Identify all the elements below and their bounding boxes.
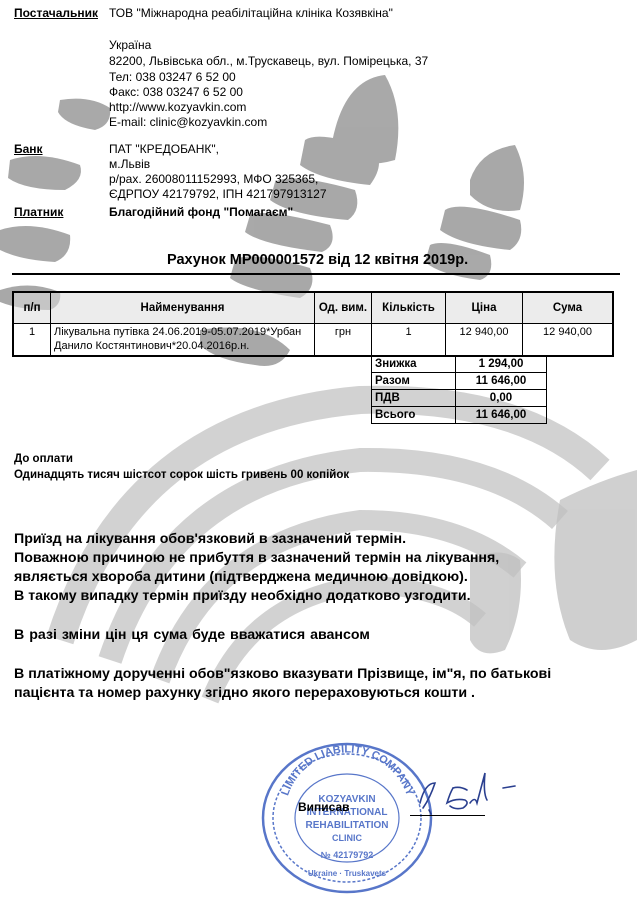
supplier-website[interactable]: http://www.kozyavkin.com — [109, 99, 246, 115]
table-header-row: п/п Найменування Од. вим. Кількість Ціна… — [13, 292, 613, 324]
supplier-name: ТОВ "Міжнародна реабілітаційна клініка К… — [109, 5, 393, 21]
payer-label: Платник — [14, 205, 63, 219]
title-underline — [12, 273, 620, 275]
vat-label: ПДВ — [372, 390, 456, 407]
payer-name: Благодійний фонд "Помагаєм" — [109, 204, 293, 220]
col-header-num: п/п — [13, 292, 51, 324]
col-header-price: Ціна — [446, 292, 523, 324]
totals-row-total: Всього 11 646,00 — [372, 407, 547, 424]
supplier-phone: Тел: 038 03247 6 52 00 — [109, 69, 236, 85]
invoice-title: Рахунок МР000001572 від 12 квітня 2019р. — [167, 252, 468, 268]
payment-amount-words: Одинадцять тисяч шістсот сорок шість гри… — [14, 469, 349, 481]
signature-label: Виписав — [298, 800, 350, 814]
note-arrival-1: Приїзд на лікування обов'язковий в зазна… — [14, 529, 406, 549]
supplier-country: Україна — [109, 37, 151, 53]
col-header-name: Найменування — [51, 292, 315, 324]
discount-value: 1 294,00 — [456, 356, 547, 373]
totals-table: Знижка 1 294,00 Разом 11 646,00 ПДВ 0,00… — [371, 355, 547, 424]
cell-num: 1 — [13, 324, 51, 357]
cell-unit: грн — [315, 324, 372, 357]
cell-name-line-2: Данило Костянтинович*20.04.2016р.н. — [54, 339, 311, 353]
discount-label: Знижка — [372, 356, 456, 373]
note-price-change: В разі зміни цін ця сума буде вважатися … — [14, 625, 370, 645]
bank-line-1: ПАТ "КРЕДОБАНК", — [109, 141, 219, 157]
totals-row-vat: ПДВ 0,00 — [372, 390, 547, 407]
cell-qty: 1 — [372, 324, 446, 357]
cell-price: 12 940,00 — [446, 324, 523, 357]
svg-text:CLINIC: CLINIC — [332, 833, 362, 843]
col-header-qty: Кількість — [372, 292, 446, 324]
bank-line-3: р/рах. 26008011152993, МФО 325365, — [109, 171, 318, 187]
supplier-address: 82200, Львівська обл., м.Трускавець, вул… — [109, 53, 428, 69]
subtotal-value: 11 646,00 — [456, 373, 547, 390]
totals-row-discount: Знижка 1 294,00 — [372, 356, 547, 373]
cell-name-line-1: Лікувальна путівка 24.06.2019-05.07.2019… — [54, 325, 311, 339]
vat-value: 0,00 — [456, 390, 547, 407]
bank-label: Банк — [14, 142, 43, 156]
note-arrival-3: являється хвороба дитини (підтверджена м… — [14, 567, 468, 587]
svg-text:LIMITED LIABILITY COMPANY: LIMITED LIABILITY COMPANY — [279, 743, 416, 797]
payment-label: До оплати — [14, 453, 73, 465]
subtotal-label: Разом — [372, 373, 456, 390]
bank-line-4: ЄДРПОУ 42179792, ІПН 421797913127 — [109, 186, 327, 202]
cell-name: Лікувальна путівка 24.06.2019-05.07.2019… — [51, 324, 315, 357]
note-arrival-2: Поважною причиною не прибуття в зазначен… — [14, 548, 499, 568]
svg-text:Ukraine · Truskavets: Ukraine · Truskavets — [308, 869, 387, 878]
col-header-unit: Од. вим. — [315, 292, 372, 324]
table-row: 1 Лікувальна путівка 24.06.2019-05.07.20… — [13, 324, 613, 357]
items-table: п/п Найменування Од. вим. Кількість Ціна… — [12, 291, 614, 357]
supplier-label: Постачальник — [14, 6, 98, 20]
svg-text:№ 42179792: № 42179792 — [321, 850, 374, 860]
total-label: Всього — [372, 407, 456, 424]
totals-row-subtotal: Разом 11 646,00 — [372, 373, 547, 390]
cell-sum: 12 940,00 — [523, 324, 614, 357]
supplier-fax: Факс: 038 03247 6 52 00 — [109, 84, 243, 100]
svg-text:REHABILITATION: REHABILITATION — [306, 820, 389, 831]
note-payment-order-2: пацієнта та номер рахунку згідно якого п… — [14, 683, 475, 703]
bank-line-2: м.Львів — [109, 156, 150, 172]
note-arrival-4: В такому випадку термін приїзду необхідн… — [14, 586, 471, 606]
total-value: 11 646,00 — [456, 407, 547, 424]
col-header-sum: Сума — [523, 292, 614, 324]
supplier-email[interactable]: E-mail: clinic@kozyavkin.com — [109, 114, 267, 130]
signature-scribble-icon — [415, 758, 525, 823]
note-payment-order-1: В платіжному дорученні обов"язково вказу… — [14, 664, 551, 684]
